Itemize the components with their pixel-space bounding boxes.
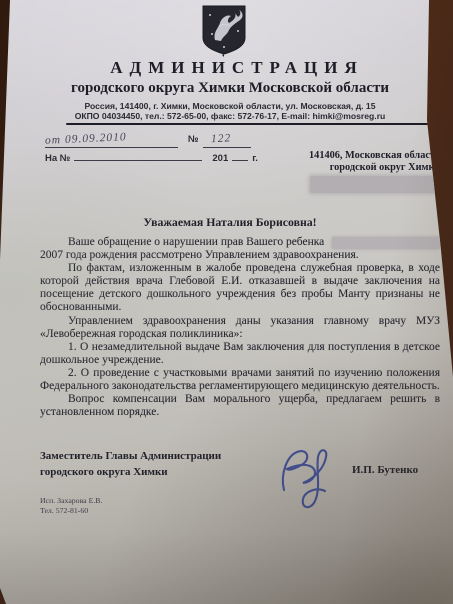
body-paragraph-3: Управлением здравоохранения даны указани… [40,315,440,341]
outgoing-date-handwritten: от 09.09.2010 [45,131,127,147]
child-name-redaction-box [332,237,440,249]
letter-body: Ваше обращение о нарушении прав Вашего р… [40,236,440,419]
org-name: АДМИНИСТРАЦИЯ [30,58,437,78]
body-paragraph-6: Вопрос компенсации Вам морального ущерба… [40,393,440,419]
signer-position-line1: Заместитель Главы Администрации [40,449,221,465]
org-subtitle: городского округа Химки Московской облас… [30,80,430,97]
body-paragraph-1-line2: 2007 года рождения рассмотрено Управлени… [40,249,440,262]
body-paragraph-5: 2. О проведение с участковыми врачами за… [40,367,440,393]
year-prefix: 201 [212,153,228,164]
body-paragraph-1-line1: Ваше обращение о нарушении прав Вашего р… [40,236,440,249]
executor-name: Исп. Захарова Е.В. [40,496,102,506]
outgoing-number-handwritten: 122 [202,132,231,145]
khimki-coat-of-arms-icon [201,4,247,63]
document-paper: АДМИНИСТРАЦИЯ городского округа Химки Мо… [0,0,453,604]
org-address-line2: ОКПО 04034450, тел.: 572-65-00, факс: 57… [30,111,430,121]
signer-position-line2: городского округа Химки [40,465,221,481]
year-suffix: г. [252,153,258,164]
body-paragraph-2: По фактам, изложенным в жалобе проведена… [40,262,440,314]
org-address-line1: Россия, 141400, г. Химки, Московской обл… [30,101,430,111]
body-paragraph-4: 1. О незамедлительной выдаче Вам заключе… [40,341,440,367]
executor-note: Исп. Захарова Е.В. Тел. 572-81-60 [40,496,102,516]
number-label: № [188,134,199,145]
handwritten-signature [276,444,334,517]
incoming-ref-row: На № 201 г. [45,148,258,166]
signer-name: И.П. Бутенко [352,464,418,476]
executor-phone: Тел. 572-81-60 [40,506,102,516]
body-p1-text: Ваше обращение о нарушении прав Вашего р… [40,236,324,249]
recipient-line2: городской округ Химки, [309,162,443,174]
recipient-address: 141406, Московская область, городской ок… [309,150,443,174]
signer-position: Заместитель Главы Администрации городско… [40,449,221,480]
recipient-line1: 141406, Московская область, [309,150,443,162]
outgoing-ref-row: от 09.09.2010 № 122 [45,129,251,148]
letterhead-rule [66,123,438,125]
recipient-redaction-box [310,176,443,193]
salutation: Уважаемая Наталия Борисовна! [30,215,430,230]
reply-label: На № [45,153,70,164]
